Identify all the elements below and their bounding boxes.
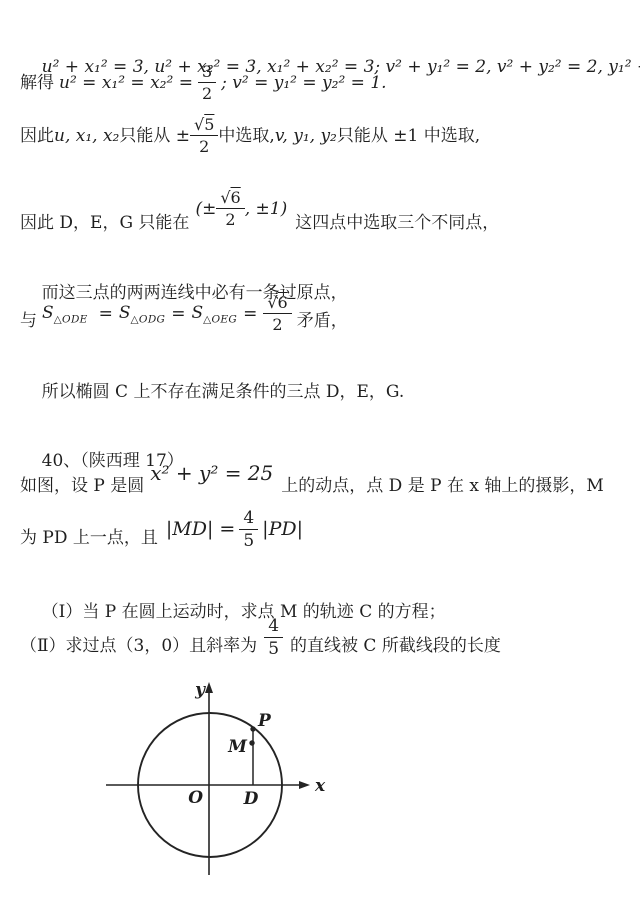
text-segment: 的直线被 C 所截线段的长度 — [290, 633, 501, 659]
document-page: u² + x₁² = 3, u² + x₂² = 3, x₁² + x₂² = … — [0, 0, 640, 905]
label-y: y — [194, 680, 206, 700]
text-segment: 中选取, — [218, 123, 274, 149]
numerator: √6 — [216, 188, 244, 209]
radical-sign: √ — [194, 115, 204, 134]
point-m-dot — [249, 740, 254, 745]
text-segment: （Ⅱ）求过点（3，0）且斜率为 — [20, 633, 257, 659]
equals-sign: = — [171, 301, 185, 327]
text-segment: 解得 — [20, 70, 54, 96]
point-p-dot — [250, 726, 255, 731]
y-axis-arrow-icon — [205, 682, 213, 693]
term-base: S — [42, 303, 54, 323]
math-segment: u² = x₁² = x₂² = — [59, 70, 193, 96]
denominator: 2 — [195, 136, 213, 156]
paren-close: , ±1) — [245, 196, 288, 222]
label-m: M — [227, 737, 248, 757]
term-base: S — [191, 303, 203, 323]
text-segment: 因此 D，E，G 只能在 — [20, 210, 189, 236]
label-p: P — [257, 711, 272, 731]
term-subscript: △OEG — [203, 313, 237, 325]
text-segment: 这四点中选取三个不同点， — [295, 210, 499, 236]
denominator: 2 — [268, 314, 286, 334]
md-pd-formula: |MD| = 4 5 |PD| — [166, 508, 303, 552]
circle-diagram: y x O D M P — [88, 676, 340, 882]
coordinate-formula: (± √6 2 , ±1) — [195, 188, 287, 229]
equals-sign: = — [243, 301, 257, 327]
text-segment: 只能从 ± — [119, 123, 190, 149]
numerator: √5 — [190, 115, 218, 136]
text-segment: 所以椭圆 C 上不存在满足条件的三点 D，E，G. — [42, 382, 405, 402]
math-segment: ; v² = y₁² = y₂² = 1. — [221, 70, 386, 96]
fraction-4-5: 4 5 — [239, 508, 258, 552]
text-segment: 只能从 ±1 中选取, — [337, 123, 480, 149]
radicand: 5 — [204, 115, 214, 134]
denominator: 5 — [239, 530, 258, 551]
contradiction-line: 与 S△ODE = S△ODG = S△OEG = √6 2 矛盾， — [20, 293, 353, 334]
fraction-3-2: 3 2 — [198, 62, 216, 103]
term-subscript: △ODE — [54, 313, 88, 325]
numerator: 4 — [264, 616, 283, 638]
conclusion-line: 所以椭圆 C 上不存在满足条件的三点 D，E，G. — [20, 353, 404, 432]
selection-line-2: 因此 D，E，G 只能在 (± √6 2 , ±1) 这四点中选取三个不同点， — [20, 188, 499, 236]
fraction-sqrt6-2: √6 2 — [216, 188, 244, 229]
denominator: 5 — [264, 638, 283, 659]
text-segment: 上的动点，点 D 是 P 在 x 轴上的摄影，M — [281, 473, 604, 499]
question-part-2: （Ⅱ）求过点（3，0）且斜率为 4 5 的直线被 C 所截线段的长度 — [20, 616, 501, 660]
denominator: 2 — [221, 209, 239, 229]
formula-right: |PD| — [262, 515, 303, 544]
selection-line-1: 因此 u, x₁, x₂ 只能从 ± √5 2 中选取, v, y₁, y₂ 只… — [20, 115, 480, 156]
label-origin: O — [188, 788, 203, 808]
term-subscript: △ODG — [131, 313, 166, 325]
numerator: 4 — [239, 508, 258, 530]
numerator: 3 — [198, 62, 216, 83]
fraction-sqrt6-2: √6 2 — [263, 293, 291, 334]
fraction-sqrt5-2: √5 2 — [190, 115, 218, 156]
fraction-4-5: 4 5 — [264, 616, 283, 660]
text-segment: 如图，设 P 是圆 — [20, 473, 144, 499]
text-segment: 与 — [20, 308, 37, 334]
area-term: S△OEG — [191, 300, 237, 328]
radical-sign: √ — [267, 293, 277, 312]
problem-statement-2: 为 PD 上一点，且 |MD| = 4 5 |PD| — [20, 508, 303, 552]
radicand: 6 — [278, 293, 288, 312]
text-segment: 矛盾， — [297, 308, 348, 334]
math-segment: u, x₁, x₂ — [54, 123, 119, 149]
equals-sign: = — [99, 301, 113, 327]
label-x: x — [314, 776, 326, 796]
radicand: 6 — [231, 188, 241, 207]
text-segment: 为 PD 上一点，且 — [20, 525, 158, 551]
label-d: D — [243, 789, 259, 809]
solve-result-line: 解得 u² = x₁² = x₂² = 3 2 ; v² = y₁² = y₂²… — [20, 62, 392, 103]
problem-statement-1: 如图，设 P 是圆 x² + y² = 25 上的动点，点 D 是 P 在 x … — [20, 458, 604, 499]
formula-left: |MD| = — [166, 515, 235, 544]
text-segment: 因此 — [20, 123, 54, 149]
radical-sign: √ — [220, 188, 230, 207]
circle-equation: x² + y² = 25 — [150, 458, 273, 489]
math-segment: v, y₁, y₂ — [275, 123, 337, 149]
numerator: √6 — [263, 293, 291, 314]
area-term: S△ODE — [42, 300, 88, 328]
denominator: 2 — [198, 83, 216, 103]
paren-open: (± — [195, 196, 216, 222]
term-base: S — [119, 303, 131, 323]
x-axis-arrow-icon — [299, 781, 310, 789]
area-term: S△ODG — [119, 300, 165, 328]
